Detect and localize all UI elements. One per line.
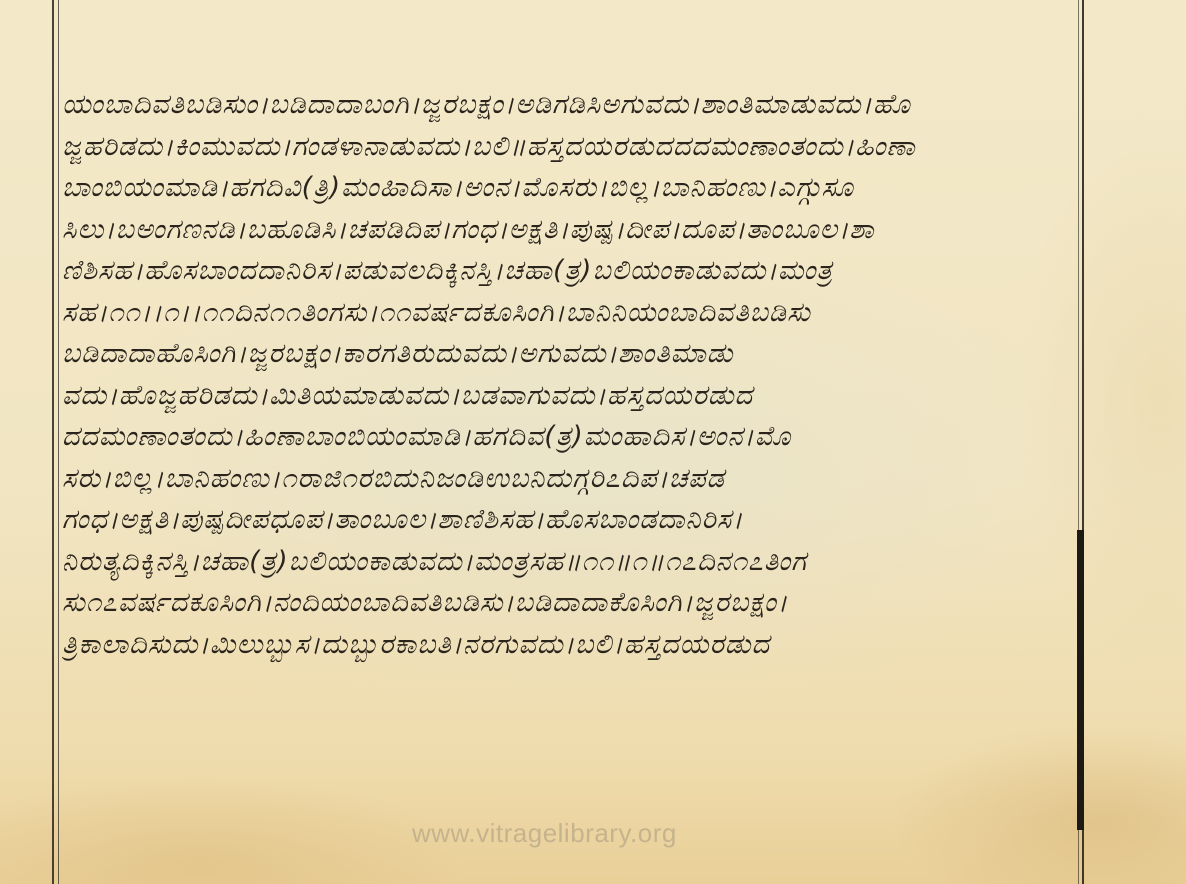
manuscript-line-11: ಗಂಧ।ಅಕ್ಷತಿ।ಪುಷ್ಪದೀಪಧೂಪ।ತಾಂಬೂಲ।ಶಾಣಿಶಿಸಹ।ಹ… — [62, 499, 1076, 541]
manuscript-line-10: ಸರು।ಬಿಲ್ಲ।ಬಾನಿಹಂಣು।೧ರಾಜಿ೧ರಬಿದುನಿಜಂಡಿಉಬನಿ… — [62, 458, 1076, 500]
manuscript-line-7: ಬಡಿದಾದಾಹೊಸಿಂಗಿ।ಜ್ಜರಬಕ್ಷಂ।ಕಾರಗತಿರುದುವದು।ಅ… — [62, 333, 1076, 375]
manuscript-line-12: ನಿರುತ್ಯದಿಕ್ಕಿನಸ್ತಿ।ಚಹಾ(ತ್ರ)ಬಲಿಯಂಕಾಡುವದು।… — [62, 541, 1076, 583]
left-margin-rule-inner — [58, 0, 59, 884]
manuscript-line-3: ಬಾಂಬಿಯಂಮಾಡಿ।ಹಗದಿವಿ(ತ್ರಿ)ಮಂಹಿಾದಿಸಾ।ಅಂನ।ಮೊ… — [62, 167, 1076, 209]
manuscript-line-5: ಣಿಶಿಸಹ।ಹೊಸಬಾಂದದಾನಿರಿಸ।ಪಡುವಲದಿಕ್ಕಿನಸ್ತಿ।ಚ… — [62, 250, 1076, 292]
manuscript-line-4: ಸಿಲು।ಬಅಂಗಣನಡಿ।ಬಹೂಡಿಸಿ।ಚಪಡಿದಿಪ।ಗಂಧ।ಅಕ್ಷತಿ… — [62, 209, 1076, 251]
library-watermark: www.vitragelibrary.org — [412, 818, 677, 849]
manuscript-line-14: ತ್ರಿಕಾಲಾದಿಸುದು।ಮಿಲುಬ್ಬುಸ।ದುಬ್ಬುರಕಾಬತಿ।ನರ… — [62, 624, 1076, 666]
manuscript-line-8: ವದು।ಹೊಜ್ಜಹರಿಡದು।ಮಿತಿಯಮಾಡುವದು।ಬಡವಾಗುವದು।ಹ… — [62, 375, 1076, 417]
manuscript-line-2: ಜ್ಜಹರಿಡದು।ಕಿಂಮುವದು।ಗಂಡಳಾನಾಡುವದು।ಬಲಿ॥ಹಸ್ತ… — [62, 126, 1076, 168]
manuscript-line-1: ಯಂಬಾದಿವತಿಬಡಿಸುಂ।ಬಡಿದಾದಾಬಂಗಿ।ಜ್ಜರಬಕ್ಷಂ।ಅಡ… — [62, 84, 1076, 126]
manuscript-line-6: ಸಹ।೧೧।।೧।।೧೧ದಿನ೧೧ತಿಂಗಸು।೧೧ವರ್ಷದಕೂಸಿಂಗಿ।ಬ… — [62, 292, 1076, 334]
left-margin-rule — [52, 0, 54, 884]
right-margin-ink-bar — [1077, 530, 1084, 830]
manuscript-text: ಯಂಬಾದಿವತಿಬಡಿಸುಂ।ಬಡಿದಾದಾಬಂಗಿ।ಜ್ಜರಬಕ್ಷಂ।ಅಡ… — [62, 84, 1076, 665]
manuscript-line-13: ಸು೧೭ವರ್ಷದಕೂಸಿಂಗಿ।ನಂದಿಯಂಬಾದಿವತಿಬಡಿಸು।ಬಡಿದ… — [62, 582, 1076, 624]
manuscript-line-9: ದದಮಂಣಾಂತಂದು।ಹಿಂಣಾಬಾಂಬಿಯಂಮಾಡಿ।ಹಗದಿವ(ತ್ರ)ಮ… — [62, 416, 1076, 458]
